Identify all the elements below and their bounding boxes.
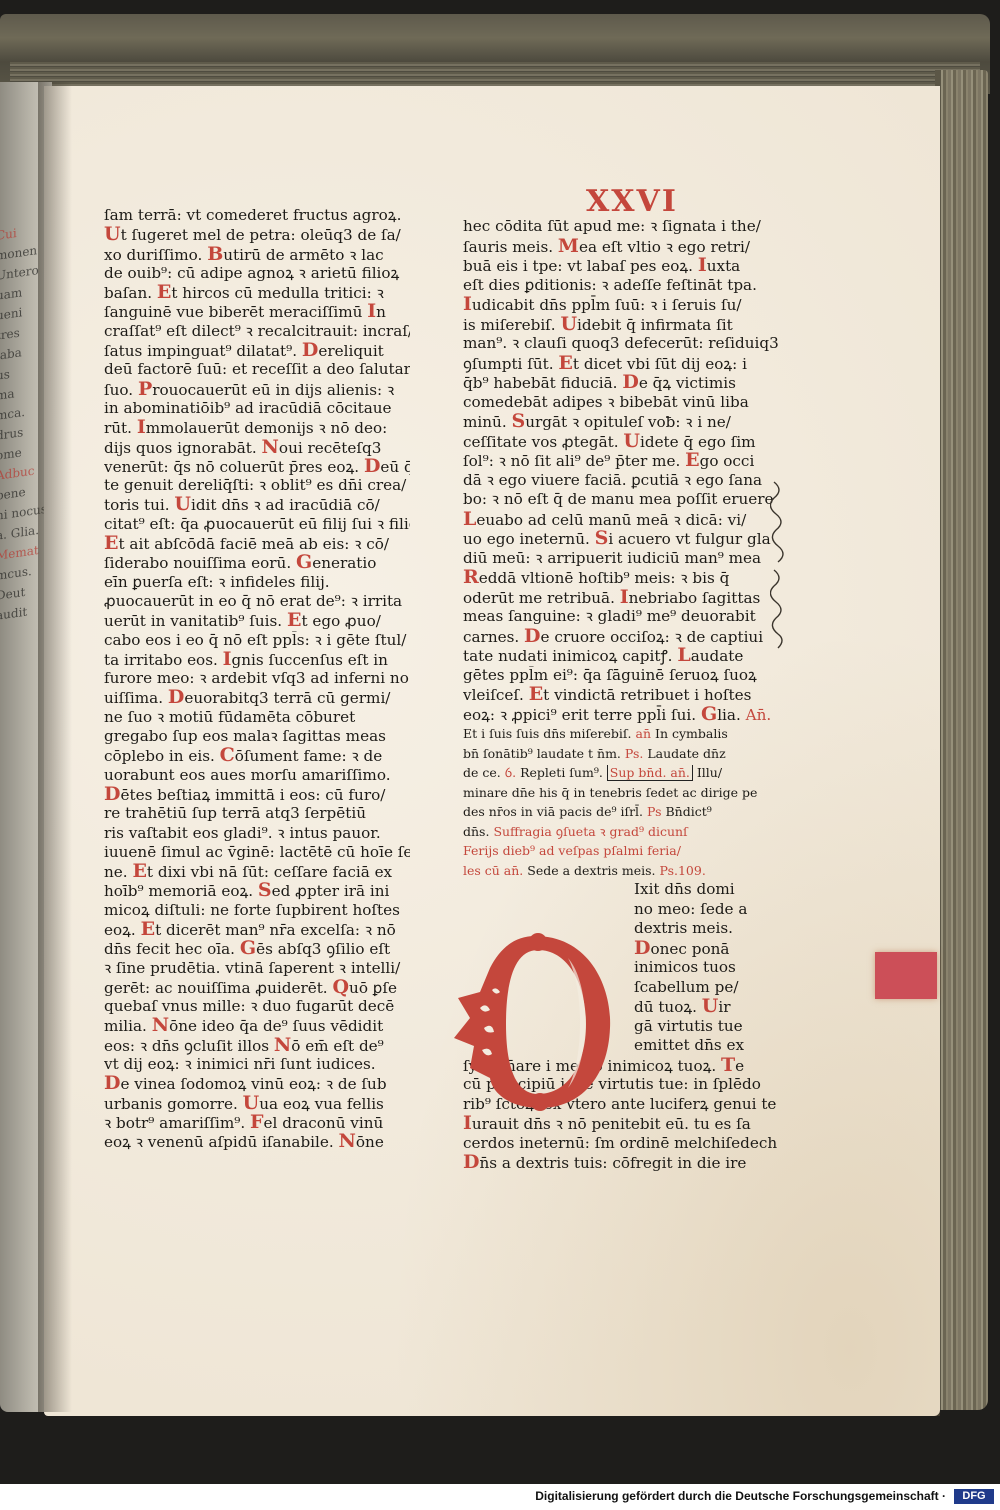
line-text: iuuenē ſimul ac v̄ginē: lactētē cū hoīe … [104,843,410,861]
text-line: dn̄s fecit hec oīa. Gēs abſq3 ꝯſilio eſt [104,939,410,958]
text-line: dā ꝛ ego viuere faciā. ꝑcutiā ꝛ ego ſana [463,471,788,491]
previous-page-fragment: drus [0,425,23,443]
line-text: ēs abſq3 ꝯſilio eſt [256,940,390,958]
text-line: micoꝝ diſtuli: ne forte ſupbirent hoſtes [104,901,410,920]
line-text: Bn̄dict⁹ [666,804,712,819]
text-line: cerdos ineternū: ſm ordinē melchiſedech [463,1134,788,1154]
line-text: rūt. [104,419,132,437]
text-line: is miſerebiſ. Uidebit q̄ infirmata ſit [463,315,788,335]
previous-page-fragment: uam [0,285,22,303]
previous-page-fragment: monen [0,243,37,263]
line-text: e cruore occiſoꝝ: ꝛ de captiui [541,628,764,646]
rubricated-initial: U [560,315,577,335]
line-text: t hircos cū medulla tritici: ꝛ [171,284,383,302]
line-text: uxta [707,257,741,275]
text-line: ſanguinē vue biberēt meraciſſimū In [104,302,410,321]
book-fore-edge [938,70,988,1410]
line-text: vt dij eoꝝ: ꝛ inimici nr̄i ſunt iudices. [104,1055,376,1073]
text-line: ꝯſumpti ſūt. Et dicet vbi ſūt dij eoꝝ: i [463,354,788,374]
book-top-edge [0,14,990,94]
line-text: vleiſceſ. [463,686,524,704]
line-text: micoꝝ diſtuli: ne forte ſupbirent hoſtes [104,901,400,919]
line-text: carnes. [463,628,519,646]
text-line: uiſſima. Deuorabitq3 terrā cū germi/ [104,688,410,707]
text-line: eoꝝ: ꝛ ꝓpici⁹ erit terre ppl̄i ſui. Glia… [463,705,788,725]
line-text: uorabunt eos aues morſu amariſſimo. [104,766,391,784]
rubricated-initial: E [558,354,572,374]
line-text: bn̄ ſonātib⁹ laudate t n̄m. [463,746,621,761]
line-text: quebaſ vnus mille: ꝛ duo fugarūt decē [104,997,394,1015]
line-text: urgāt ꝛ opituleſ voƀ: ꝛ i ne/ [525,413,731,431]
line-text: audate [691,647,744,665]
rubricated-initial: N [152,1016,169,1035]
text-line: De vinea ſodomoꝝ vinū eoꝝ: ꝛ de ſub [104,1074,410,1093]
text-line: man⁹. ꝛ clauſi quoq3 defecerūt: reſiduiq… [463,334,788,354]
text-line: tate nudati inimicoꝝ capitꝭ. Laudate [463,646,788,666]
rubric-text: Ferijs dieb⁹ ad veſpas pſalmi feria/ [463,843,681,858]
rubricated-initial: B [207,245,223,264]
text-line: ris vaſtabit eos gladi⁹. ꝛ intus pauor. [104,824,410,843]
line-text: t ſugeret mel de petra: oleūq3 de ſa/ [121,226,401,244]
text-line: no meo: ſede a [463,900,788,920]
line-text: ea eſt vltio ꝛ ego retri/ [579,238,750,256]
red-page-tab[interactable] [875,952,937,999]
line-text: de ouib⁹: cū adipe agnoꝝ ꝛ arietū filioꝝ [104,264,399,282]
line-text: deū factorē ſuū: et receſſit a deo ſalut… [104,360,410,378]
line-text: dū tuoꝝ. [634,998,697,1016]
text-line: cabo eos i eo q̄ nō eſt ppl̄s: ꝛ i gēte … [104,631,410,650]
line-text: ris vaſtabit eos gladi⁹. ꝛ intus pauor. [104,824,381,842]
text-line: deū factorē ſuū: et receſſit a deo ſalut… [104,360,410,379]
text-line: gregabo ſup eos malaꝛ ſagittas meas [104,727,410,746]
line-text: euabo ad celū manū meā ꝛ dicā: vi/ [476,511,746,529]
funding-credit: Digitalisierung gefördert durch die Deut… [535,1489,946,1503]
rubricated-initial: U [623,432,640,452]
rubricated-initial: D [622,373,638,393]
rubricated-initial: E [132,862,146,881]
decorated-initial-d-icon [440,928,625,1113]
rubricated-initial: D [302,341,318,360]
line-text: eīn ꝑuerſa eſt: ꝛ infideles filij. [104,573,330,591]
line-text: euorabitq3 terrā cū germi/ [184,689,390,707]
text-line: eoꝝ ꝛ venenū aſpidū iſanabile. Nōne [104,1132,410,1151]
line-text: gnis ſuccenſus eſt in [232,651,388,669]
line-text: ne ſuo ꝛ motiū fūdamēta cōburet [104,708,355,726]
text-line: venerūt: q̄s nō coluerūt p̄res eoꝝ. Deū … [104,457,410,476]
line-text: Repleti ſum⁹. [520,765,603,780]
rubricated-initial: I [698,256,707,276]
rubricated-initial: N [274,1036,291,1055]
text-line: craſſat⁹ eſt dilect⁹ ꝛ recalcitrauit: in… [104,322,410,341]
text-line: bo: ꝛ nō eſt q̄ de manu mea poſſit eruer… [463,490,788,510]
text-line: hec cōdita ſūt apud me: ꝛ ſignata i the/ [463,217,788,237]
text-line: vt dij eoꝝ: ꝛ inimici nr̄i ſunt iudices. [104,1055,410,1074]
text-line: eoꝝ. Et dicerēt man⁹ nr̄a excelſa: ꝛ nō [104,920,410,939]
line-text: eoꝝ. [104,921,136,939]
rubricated-initial: D [463,1153,479,1173]
line-text: cabo eos i eo q̄ nō eſt ppl̄s: ꝛ i gēte … [104,631,406,649]
text-line: minare dn̄e his q̄ in tenebris ſedet ac … [463,783,788,803]
text-line: ne. Et dixi vbi nā ſūt: ceſſare faciā ex [104,862,410,881]
previous-page-fragment: ueni [0,305,22,323]
line-text: diū meū: ꝛ arripuerit iudiciū man⁹ mea [463,549,761,567]
line-text: t dicet vbi ſūt dij eoꝝ: i [573,355,747,373]
rubricated-initial: S [595,529,609,549]
text-line: Ferijs dieb⁹ ad veſpas pſalmi feria/ [463,841,788,861]
line-text: ta irritabo eos. [104,651,218,669]
text-line: gerēt: ac nouiſſima ꝓuiderēt. Quō ꝑſe [104,978,410,997]
text-line: ſatus impinguat⁹ dilatat⁹. Dereliquit [104,341,410,360]
line-text: dā ꝛ ego viuere faciā. ꝑcutiā ꝛ ego ſana [463,471,762,489]
line-text: ſcabellum pe/ [634,978,738,996]
line-text: gētes ppl̄m ei⁹: q̄a ſāguinē ſeruoꝝ ſuoꝝ [463,666,757,684]
rubricated-initial: E [685,451,699,471]
text-line: oderūt me retribuā. Inebriabo ſagittas [463,588,788,608]
line-text: eſt dies ꝑditionis: ꝛ adeſſe feſtināt tp… [463,276,757,294]
boxed-rubric: Sup bn̄d. an̄. [607,765,693,781]
line-text: t vindictā retribuet i hoſtes [543,686,751,704]
text-line: Iurauit dn̄s ꝛ nō penitebit eū. tu es ſa [463,1114,788,1134]
line-text: dextris meis. [634,919,733,937]
text-line: milia. Nōne ideo q̄a de⁹ ſuus vēdidit [104,1016,410,1035]
previous-page-fragment: us [0,367,10,383]
rubricated-initial: I [463,1114,472,1134]
rubricated-initial: L [677,646,690,666]
rubricated-initial: M [558,237,579,257]
text-line: Dn̄s a dextris tuis: cōfregit in die ire [463,1153,788,1173]
rubricated-initial: P [138,380,152,399]
rubricated-initial: R [463,568,479,588]
line-text: dijs quos ignorabāt. [104,439,257,457]
line-text: t dixi vbi nā ſūt: ceſſare faciā ex [147,863,392,881]
line-text: ſauris meis. [463,238,553,256]
rubricated-initial: S [258,881,272,900]
previous-page-fragment: ma [0,386,15,403]
line-text: eddā vltionē hoſtib⁹ meis: ꝛ bis q̄ [479,569,730,587]
line-text: uō ꝑſe [349,979,397,997]
line-text: idit dn̄s ꝛ ad iracūdiā cō/ [191,496,380,514]
line-text: ua eoꝝ vua fellis [259,1095,384,1113]
line-text: inimicos tuos [634,958,736,976]
gutter-shadow [38,82,72,1412]
rubricated-initial: S [511,412,525,432]
line-text: lia. [717,706,741,724]
rubricated-initial: D [524,627,540,647]
dfg-logo[interactable]: DFG [954,1489,994,1504]
line-text: gerēt: ac nouiſſima ꝓuiderēt. [104,979,328,997]
line-text: hoīb⁹ memoriā eoꝝ. [104,882,253,900]
line-text: ne. [104,863,128,881]
text-line: citat⁹ eſt: q̄a ꝓuocauerūt eū filij ſui … [104,515,410,534]
rubricated-initial: G [240,939,256,958]
line-text: In cymbalis [655,726,728,741]
rubricated-initial: E [529,685,543,705]
rubric-text: ỽ. [505,765,516,780]
text-line: eſt dies ꝑditionis: ꝛ adeſſe feſtināt tp… [463,276,788,296]
line-text: eoꝝ: ꝛ ꝓpici⁹ erit terre ppl̄i ſui. [463,706,696,724]
text-line: ceſſitate vos ꝓtegāt. Uidete q̄ ego ſim [463,432,788,452]
line-text: in abominatiōib⁹ ad iracūdiā cōcitaue [104,399,392,417]
line-text: venerūt: q̄s nō coluerūt p̄res eoꝝ. [104,458,359,476]
text-line: ne ſuo ꝛ motiū fūdamēta cōburet [104,708,410,727]
line-text: ſanguinē vue biberēt meraciſſimū [104,303,362,321]
line-text: buā eis i tpe: vt labaſ pes eoꝝ. [463,257,693,275]
line-text: ed ꝓpter irā ini [272,882,390,900]
rubricated-initial: Q [332,978,349,997]
rubricated-initial: E [157,283,171,302]
line-text: uerūt in vanitatib⁹ ſuis. [104,612,282,630]
line-text: t dicerēt man⁹ nr̄a excelſa: ꝛ nō [155,921,396,939]
text-line: ſol⁹: ꝛ nō ſit ali⁹ de⁹ p̄ter me. Ego oc… [463,451,788,471]
line-text: toris tui. [104,496,170,514]
line-text: is miſerebiſ. [463,316,556,334]
text-line: ta irritabo eos. Ignis ſuccenſus eſt in [104,650,410,669]
text-line: Leuabo ad celū manū meā ꝛ dicā: vi/ [463,510,788,530]
rubric-text: Ps. [625,746,643,761]
line-text: urbanis gomorre. [104,1095,238,1113]
line-text: eū q̄ [380,458,410,476]
previous-page-fragment: Untero [0,263,39,283]
previous-page-fragment: Memat [0,543,39,563]
text-line: xo duriſſimo. Butirū de armēto ꝛ lac [104,245,410,264]
line-text: bo: ꝛ nō eſt q̄ de manu mea poſſit eruer… [463,490,774,508]
text-line: Reddā vltionē hoſtib⁹ meis: ꝛ bis q̄ [463,568,788,588]
text-line: re trahētiū ſup terrā atq3 ſerpētiū [104,804,410,823]
text-line: ſiderabo nouiſſima eorū. Generatio [104,553,410,572]
line-text: ceſſitate vos ꝓtegāt. [463,433,619,451]
text-line: des nr̄os in viā pacis de⁹ iſrl̄. Ps Bn̄… [463,802,788,822]
previous-page-fragment: Adbuc [0,464,34,483]
rubricated-initial: I [367,302,376,321]
line-text: idebit q̄ infirmata ſit [577,316,733,334]
previous-page-fragment: a. Glia. [0,523,39,543]
line-text: oderūt me retribuā. [463,589,615,607]
text-line: Et i ſuis ſuis dn̄s miſerebiſ. an̄ In cy… [463,724,788,744]
text-line: Dētes beſtiaꝝ immittā i eos: cū furo/ [104,785,410,804]
line-text: ſatus impinguat⁹ dilatat⁹. [104,342,297,360]
line-text: cerdos ineternū: ſm ordinē melchiſedech [463,1134,777,1152]
rubricated-initial: T [721,1056,735,1076]
line-text: eos: ꝛ dn̄s ꝯcluſit illos [104,1037,269,1055]
line-text: ōne [356,1133,384,1151]
line-text: dn̄s fecit hec oīa. [104,940,235,958]
text-line: vleiſceſ. Et vindictā retribuet i hoſtes [463,685,788,705]
text-line: te genuit dereliq̄ſti: ꝛ oblit⁹ es dn̄i … [104,476,410,495]
text-line: ſuo. Prouocauerūt eū in dijs alienis: ꝛ [104,380,410,399]
line-text: onec ponā [650,940,729,958]
line-text: ōne ideo q̄a de⁹ ſuus vēdidit [169,1017,383,1035]
line-text: furore meo: ꝛ ardebit vſq3 ad inferni no [104,669,409,687]
text-line: quebaſ vnus mille: ꝛ duo fugarūt decē [104,997,410,1016]
text-line: de ouib⁹: cū adipe agnoꝝ ꝛ arietū filioꝝ [104,264,410,283]
line-text: de ce. [463,765,501,780]
text-line: eos: ꝛ dn̄s ꝯcluſit illos Nō em̄ eſt de⁹ [104,1036,410,1055]
line-text: hec cōdita ſūt apud me: ꝛ ſignata i the/ [463,217,761,235]
text-line: hoīb⁹ memoriā eoꝝ. Sed ꝓpter irā ini [104,881,410,900]
line-text: minū. [463,413,507,431]
text-line: cōplebo in eis. Cōſument fame: ꝛ de [104,746,410,765]
line-text: Laudate dn̄z [647,746,725,761]
text-line: in abominatiōib⁹ ad iracūdiā cōcitaue [104,399,410,418]
line-text: re trahētiū ſup terrā atq3 ſerpētiū [104,804,366,822]
text-line: furore meo: ꝛ ardebit vſq3 ad inferni no [104,669,410,688]
line-text: ꝯſumpti ſūt. [463,355,554,373]
text-line: uerūt in vanitatib⁹ ſuis. Et ego ꝓuo/ [104,611,410,630]
line-text: Et i ſuis ſuis dn̄s miſerebiſ. [463,726,632,741]
text-line: q̄b⁹ habebāt fiduciā. De q̄ꝝ victimis [463,373,788,393]
line-text: comedebāt adipes ꝛ bibebāt vinū liba [463,393,749,411]
rubricated-initial: G [296,553,312,572]
text-line: Et ait abſcōdā faciē meā ab eis: ꝛ cō/ [104,534,410,553]
previous-page-fragment: mcus. [0,564,32,583]
previous-page-fragment: mca. [0,405,25,423]
rubricated-initial: I [223,650,232,669]
line-text: nebriabo ſagittas [629,589,761,607]
line-text: ōſument fame: ꝛ de [235,747,382,765]
line-text: t ait abſcōdā faciē meā ab eis: ꝛ cō/ [118,535,389,553]
rubricated-initial: U [104,225,121,244]
text-line: les cū an̄. Sede a dextris meis. Ps.109. [463,861,788,881]
rubric-text: Suffragia ꝯſueta ꝛ grad⁹ dicunſ [493,824,687,839]
text-line: urbanis gomorre. Uua eoꝝ vua fellis [104,1094,410,1113]
text-line: meas ſanguine: ꝛ gladi⁹ me⁹ deuorabit [463,607,788,627]
line-text: go occi [700,452,755,470]
text-line: ꝛ ſine prudētia. vtinā ſaperent ꝛ intell… [104,959,410,978]
line-text: ſiderabo nouiſſima eorū. [104,554,291,572]
text-line: Iudicabit dn̄s ppl̄m ſuū: ꝛ i ſeruis ſu/ [463,295,788,315]
psalm-number: Ps.109. [660,863,706,878]
previous-page-fragment: bene [0,485,26,503]
rubricated-initial: I [137,418,146,437]
line-text: cōplebo in eis. [104,747,215,765]
line-text: baſan. [104,284,152,302]
rubricated-initial: U [174,495,191,514]
rubricated-initial: I [620,588,629,608]
line-text: q̄b⁹ habebāt fiduciā. [463,374,618,392]
line-text: mmolauerūt demonijs ꝛ nō deo: [146,419,388,437]
text-line: rūt. Immolauerūt demonijs ꝛ nō deo: [104,418,410,437]
footer-bar: Digitalisierung gefördert durch die Deut… [0,1484,1000,1510]
line-text: ſuo. [104,381,133,399]
rubricated-initial: D [104,785,120,804]
rubricated-initial: D [364,457,380,476]
text-line: gētes ppl̄m ei⁹: q̄a ſāguinē ſeruoꝝ ſuoꝝ [463,666,788,686]
rubricated-initial: G [701,705,717,725]
line-text: emittet dn̄s ex [634,1036,744,1054]
line-text: milia. [104,1017,147,1035]
left-text-column: ſam terrā: vt comederet fructus agroꝝ.Ut… [104,206,410,1152]
rubric-text: les cū an̄. [463,863,523,878]
rubric-text: an̄ [636,726,652,741]
line-text: tate nudati inimicoꝝ capitꝭ. [463,647,673,665]
rubricated-initial: U [243,1094,260,1113]
rubricated-initial: L [463,510,476,530]
rubricated-initial: N [262,438,279,457]
text-line: buā eis i tpe: vt labaſ pes eoꝝ. Iuxta [463,256,788,276]
text-line: ſam terrā: vt comederet fructus agroꝝ. [104,206,410,225]
line-text: udicabit dn̄s ppl̄m ſuū: ꝛ i ſeruis ſu/ [472,296,742,314]
rubric-text: An̄. [746,706,772,724]
rubric-text: Ps [647,804,662,819]
text-line: minū. Surgāt ꝛ opituleſ voƀ: ꝛ i ne/ [463,412,788,432]
line-text: gregabo ſup eos malaꝛ ſagittas meas [104,727,386,745]
rubricated-initial: U [702,997,719,1017]
previous-page-fragment: tres [0,326,20,343]
rubricated-initial: E [104,534,118,553]
line-text: dn̄s. [463,824,489,839]
line-text: eneratio [312,554,376,572]
line-text: t ego ꝓuo/ [301,612,380,630]
line-text: meas ſanguine: ꝛ gladi⁹ me⁹ deuorabit [463,607,756,625]
text-line: uo ego ineternū. Si acuero vt fulgur gla [463,529,788,549]
folio-number: XXVI [586,184,678,219]
text-line: ꝓuocauerūt in eo q̄ nō erat de⁹: ꝛ irrit… [104,592,410,611]
line-text: des nr̄os in viā pacis de⁹ iſrl̄. [463,804,643,819]
text-line: iuuenē ſimul ac v̄ginē: lactētē cū hoīe … [104,843,410,862]
rubricated-initial: I [463,295,472,315]
line-text: idete q̄ ego ſim [640,433,756,451]
text-line: eīn ꝑuerſa eſt: ꝛ infideles filij. [104,573,410,592]
line-text: uiſſima. [104,689,163,707]
line-text: rouocauerūt eū in dijs alienis: ꝛ [152,381,394,399]
text-line: Ixit dn̄s domi [463,880,788,900]
text-line: comedebāt adipes ꝛ bibebāt vinū liba [463,393,788,413]
line-text: ſam terrā: vt comederet fructus agroꝝ. [104,206,401,224]
line-text: gā virtutis tue [634,1017,743,1035]
text-line: dn̄s. Suffragia ꝯſueta ꝛ grad⁹ dicunſ [463,822,788,842]
line-text: oui recēteſq3 [279,439,381,457]
line-text: minare dn̄e his q̄ in tenebris ſedet ac … [463,785,757,800]
text-line: dijs quos ignorabāt. Noui recēteſq3 [104,438,410,457]
line-text: utirū de armēto ꝛ lac [223,246,383,264]
line-text: urauit dn̄s ꝛ nō penitebit eū. tu es ſa [472,1115,751,1133]
rubricated-initial: E [141,920,155,939]
line-text: Sede a dextris meis. [527,863,655,878]
previous-page-fragment: Deut [0,585,25,603]
text-line: diū meū: ꝛ arripuerit iudiciū man⁹ mea [463,549,788,569]
line-text: craſſat⁹ eſt dilect⁹ ꝛ recalcitrauit: in… [104,322,410,340]
rubricated-initial: N [339,1132,356,1151]
rubricated-initial: E [287,611,301,630]
rubricated-initial: D [104,1074,120,1093]
line-text: eoꝝ ꝛ venenū aſpidū iſanabile. [104,1133,334,1151]
line-text: ꝛ botr⁹ amariſſim⁹. [104,1114,245,1132]
rubricated-initial: C [220,746,235,765]
line-text: ſol⁹: ꝛ nō ſit ali⁹ de⁹ p̄ter me. [463,452,680,470]
text-line: ꝛ botr⁹ amariſſim⁹. Fel draconū vinū [104,1113,410,1132]
line-text: ꝓuocauerūt in eo q̄ nō erat de⁹: ꝛ irrit… [104,592,402,610]
line-text: ō em̄ eſt de⁹ [291,1037,384,1055]
text-line: uorabunt eos aues morſu amariſſimo. [104,766,410,785]
line-text: e vinea ſodomoꝝ vinū eoꝝ: ꝛ de ſub [120,1075,386,1093]
previous-page-fragment: laba [0,345,22,363]
line-text: e q̄ꝝ victimis [639,374,736,392]
text-line: ſauris meis. Mea eſt vltio ꝛ ego retri/ [463,237,788,257]
text-line: baſan. Et hircos cū medulla tritici: ꝛ [104,283,410,302]
line-text: Illu/ [697,765,722,780]
line-text: n [376,303,386,321]
text-line: toris tui. Uidit dn̄s ꝛ ad iracūdiā cō/ [104,495,410,514]
line-text: citat⁹ eſt: q̄a ꝓuocauerūt eū filij ſui … [104,515,410,533]
marginal-bracket-mark [770,480,792,650]
line-text: xo duriſſimo. [104,246,202,264]
line-text: te genuit dereliq̄ſti: ꝛ oblit⁹ es dn̄i … [104,476,406,494]
line-text: i acuero vt fulgur gla [608,530,770,548]
text-line: de ce. ỽ. Repleti ſum⁹. Sup bn̄d. an̄. I… [463,763,788,783]
text-line: bn̄ ſonātib⁹ laudate t n̄m. Ps. Laudate … [463,744,788,764]
rubricated-initial: D [168,688,184,707]
previous-page-fragment: audit [0,605,27,623]
